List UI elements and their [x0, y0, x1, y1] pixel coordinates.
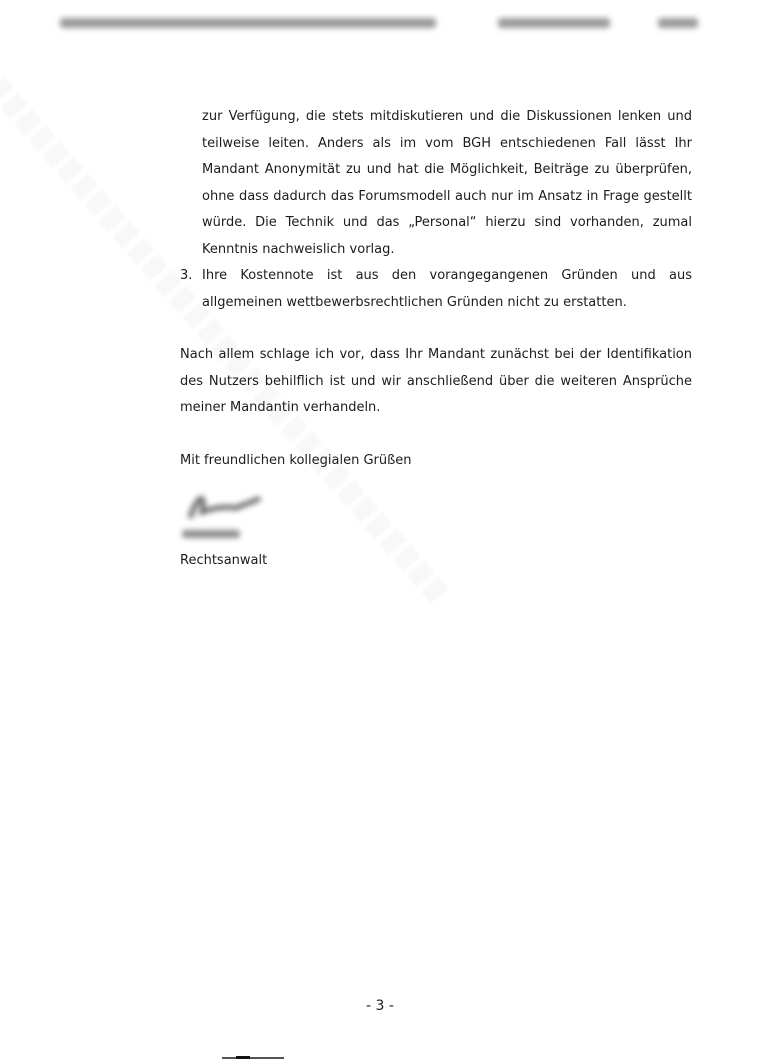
- page-number: - 3 -: [0, 998, 760, 1014]
- salutation: Mit freundlichen kollegialen Grüßen: [180, 448, 692, 475]
- scan-edge-mark: [222, 1057, 284, 1059]
- list-item-number: 3.: [180, 263, 192, 290]
- list-item-text: Ihre Kostennote ist aus den vorangegange…: [202, 268, 692, 310]
- signer-name-redacted: [182, 530, 240, 538]
- signature-redacted: [180, 478, 270, 548]
- letter-body: zur Verfügung, die stets mitdiskutieren …: [180, 104, 692, 575]
- signer-title: Rechtsanwalt: [180, 548, 692, 575]
- fax-header-number-redacted: [498, 18, 610, 28]
- signature-scribble-icon: [184, 488, 264, 524]
- fax-header-redacted: [60, 18, 700, 34]
- fax-header-sender-redacted: [60, 18, 436, 28]
- fax-header-page-redacted: [658, 18, 698, 28]
- closing-paragraph: Nach allem schlage ich vor, dass Ihr Man…: [180, 342, 692, 422]
- list-item-3: 3. Ihre Kostennote ist aus den vorangega…: [180, 263, 692, 316]
- continued-list-item-text: zur Verfügung, die stets mitdiskutieren …: [180, 104, 692, 263]
